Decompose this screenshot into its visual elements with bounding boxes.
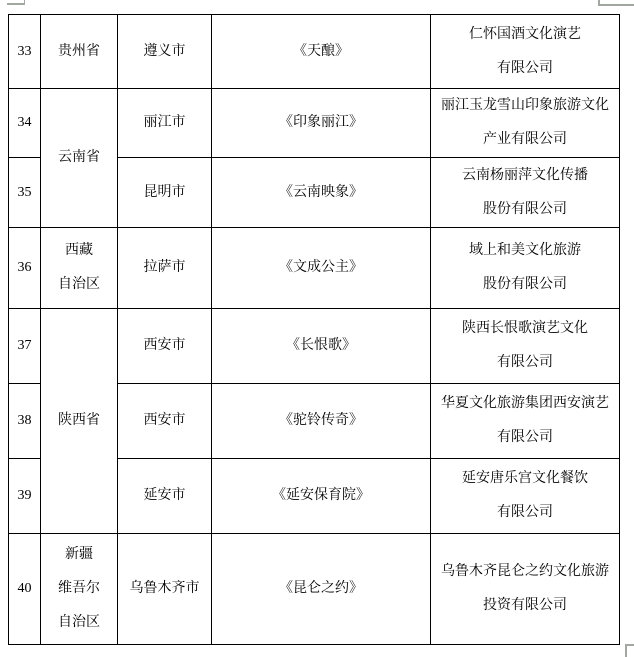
province-cell: 贵州省 [41, 15, 118, 89]
row-number-cell: 37 [9, 309, 41, 384]
document-page: 33 贵州省 遵义市 《天酿》 仁怀国酒文化演艺 有限公司 34 云南省 丽江市… [0, 0, 634, 657]
company-cell: 云南杨丽萍文化传播 股份有限公司 [431, 158, 620, 228]
table-row: 37 陕西省 西安市 《长恨歌》 陕西长恨歌演艺文化 有限公司 [9, 309, 620, 384]
company-cell: 丽江玉龙雪山印象旅游文化 产业有限公司 [431, 89, 620, 158]
table-row: 40 新疆 维吾尔 自治区 乌鲁木齐市 《昆仑之约》 乌鲁木齐昆仑之约文化旅游 … [9, 534, 620, 645]
city-cell: 西安市 [118, 384, 212, 459]
company-cell: 乌鲁木齐昆仑之约文化旅游 投资有限公司 [431, 534, 620, 645]
table-row: 34 云南省 丽江市 《印象丽江》 丽江玉龙雪山印象旅游文化 产业有限公司 [9, 89, 620, 158]
crop-mark-bottom-right-vertical [625, 644, 627, 657]
province-cell: 西藏 自治区 [41, 228, 118, 309]
crop-mark-top-left-horizontal [7, 3, 25, 5]
company-cell: 陕西长恨歌演艺文化 有限公司 [431, 309, 620, 384]
city-cell: 拉萨市 [118, 228, 212, 309]
row-number-cell: 38 [9, 384, 41, 459]
row-number-cell: 40 [9, 534, 41, 645]
crop-mark-top-right-vertical [598, 0, 600, 6]
company-cell: 域上和美文化旅游 股份有限公司 [431, 228, 620, 309]
city-cell: 延安市 [118, 459, 212, 534]
crop-mark-top-right-horizontal [598, 4, 634, 6]
show-title-cell: 《文成公主》 [212, 228, 431, 309]
province-cell: 云南省 [41, 89, 118, 228]
province-cell: 新疆 维吾尔 自治区 [41, 534, 118, 645]
table-row: 36 西藏 自治区 拉萨市 《文成公主》 域上和美文化旅游 股份有限公司 [9, 228, 620, 309]
show-title-cell: 《天酿》 [212, 15, 431, 89]
table-row: 33 贵州省 遵义市 《天酿》 仁怀国酒文化演艺 有限公司 [9, 15, 620, 89]
province-cell: 陕西省 [41, 309, 118, 534]
show-title-cell: 《长恨歌》 [212, 309, 431, 384]
city-cell: 丽江市 [118, 89, 212, 158]
show-title-cell: 《印象丽江》 [212, 89, 431, 158]
crop-mark-top-left-vertical [24, 0, 26, 5]
company-cell: 华夏文化旅游集团西安演艺 有限公司 [431, 384, 620, 459]
row-number-cell: 36 [9, 228, 41, 309]
city-cell: 昆明市 [118, 158, 212, 228]
row-number-cell: 35 [9, 158, 41, 228]
city-cell: 遵义市 [118, 15, 212, 89]
row-number-cell: 34 [9, 89, 41, 158]
row-number-cell: 33 [9, 15, 41, 89]
city-cell: 乌鲁木齐市 [118, 534, 212, 645]
show-title-cell: 《云南映象》 [212, 158, 431, 228]
show-title-cell: 《延安保育院》 [212, 459, 431, 534]
row-number-cell: 39 [9, 459, 41, 534]
company-cell: 延安唐乐宫文化餐饮 有限公司 [431, 459, 620, 534]
show-title-cell: 《昆仑之约》 [212, 534, 431, 645]
company-cell: 仁怀国酒文化演艺 有限公司 [431, 15, 620, 89]
city-cell: 西安市 [118, 309, 212, 384]
performance-list-table: 33 贵州省 遵义市 《天酿》 仁怀国酒文化演艺 有限公司 34 云南省 丽江市… [8, 14, 620, 645]
show-title-cell: 《驼铃传奇》 [212, 384, 431, 459]
